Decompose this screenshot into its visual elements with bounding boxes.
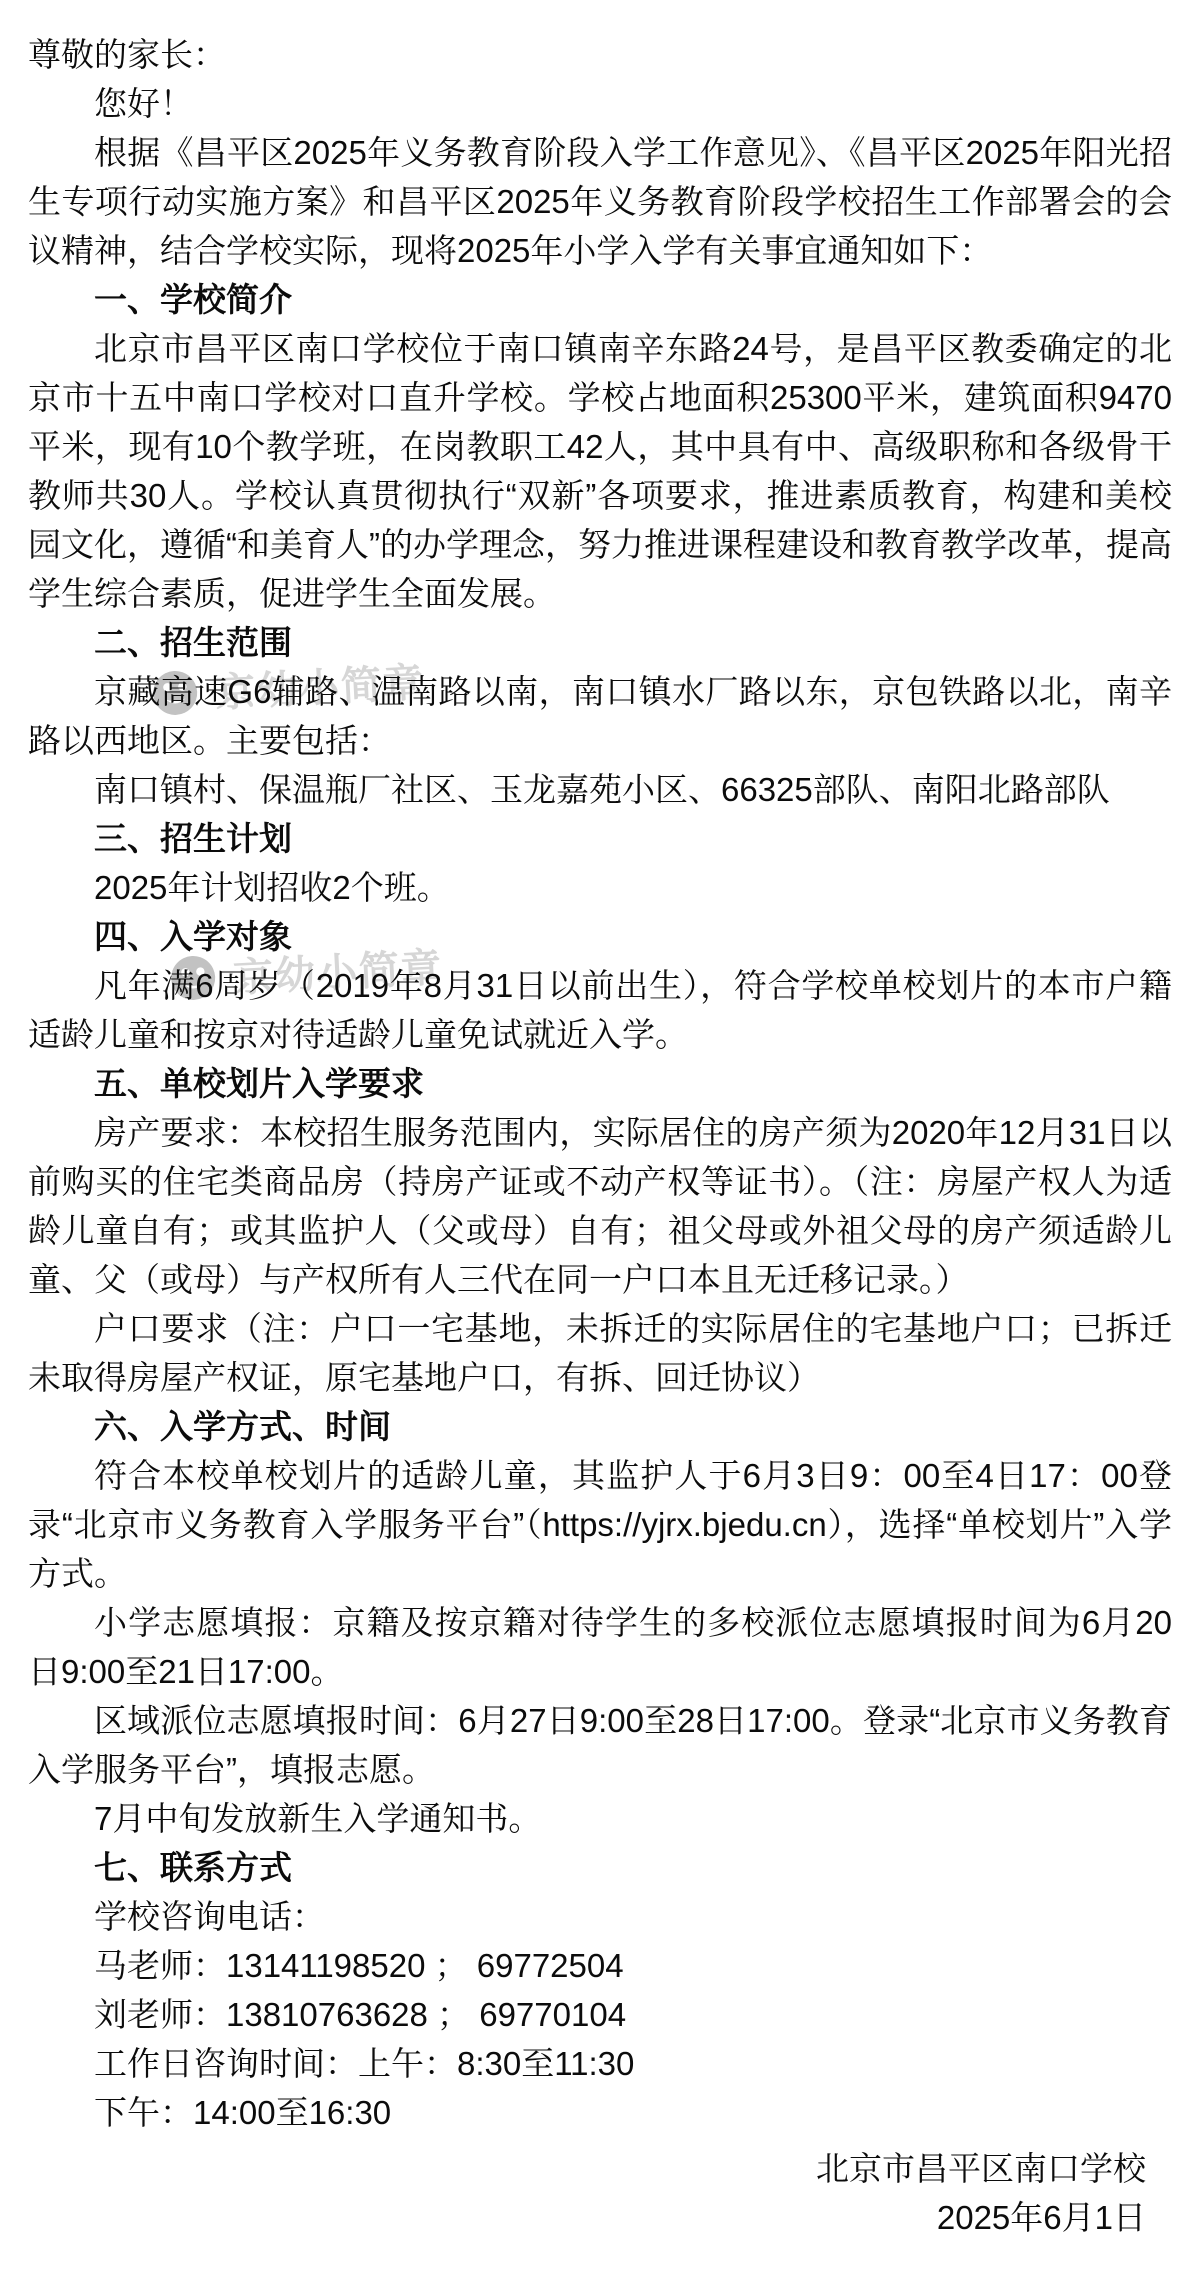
paragraph: 您好！ bbox=[28, 79, 1172, 128]
section-heading: 三、招生计划 bbox=[28, 814, 1172, 863]
section-heading: 六、入学方式、时间 bbox=[28, 1402, 1172, 1451]
paragraph: 户口要求（注：户口一宅基地，未拆迁的实际居住的宅基地户口；已拆迁未取得房屋产权证… bbox=[28, 1304, 1172, 1402]
paragraph: 符合本校单校划片的适龄儿童，其监护人于6月3日9：00至4日17：00登录“北京… bbox=[28, 1451, 1172, 1598]
paragraph: 工作日咨询时间：上午：8:30至11:30 bbox=[28, 2039, 1172, 2088]
signature-block: 北京市昌平区南口学校 2025年6月1日 bbox=[28, 2144, 1172, 2242]
paragraph: 马老师：13141198520 ； 69772504 bbox=[28, 1941, 1172, 1990]
notice-body: 尊敬的家长：您好！根据《昌平区2025年义务教育阶段入学工作意见》、《昌平区20… bbox=[28, 30, 1172, 2242]
section-heading: 七、联系方式 bbox=[28, 1843, 1172, 1892]
paragraph: 小学志愿填报：京籍及按京籍对待学生的多校派位志愿填报时间为6月20日9:00至2… bbox=[28, 1598, 1172, 1696]
paragraph: 房产要求：本校招生服务范围内，实际居住的房产须为2020年12月31日以前购买的… bbox=[28, 1108, 1172, 1304]
paragraph: 凡年满6周岁（2019年8月31日以前出生），符合学校单校划片的本市户籍适龄儿童… bbox=[28, 961, 1172, 1059]
paragraph: 下午：14:00至16:30 bbox=[28, 2088, 1172, 2137]
section-heading: 五、单校划片入学要求 bbox=[28, 1059, 1172, 1108]
paragraph: 区域派位志愿填报时间：6月27日9:00至28日17:00。登录“北京市义务教育… bbox=[28, 1696, 1172, 1794]
section-heading: 一、学校简介 bbox=[28, 275, 1172, 324]
signature-date: 2025年6月1日 bbox=[28, 2193, 1172, 2242]
paragraph: 学校咨询电话： bbox=[28, 1892, 1172, 1941]
paragraph: 北京市昌平区南口学校位于南口镇南辛东路24号，是昌平区教委确定的北京市十五中南口… bbox=[28, 324, 1172, 618]
paragraph: 2025年计划招收2个班。 bbox=[28, 863, 1172, 912]
paragraph: 京藏高速G6辅路、温南路以南，南口镇水厂路以东，京包铁路以北，南辛路以西地区。主… bbox=[28, 667, 1172, 765]
paragraph: 7月中旬发放新生入学通知书。 bbox=[28, 1794, 1172, 1843]
paragraph: 南口镇村、保温瓶厂社区、玉龙嘉苑小区、66325部队、南阳北路部队 bbox=[28, 765, 1172, 814]
notice-document: 京幼小简章 京幼小简章 尊敬的家长：您好！根据《昌平区2025年义务教育阶段入学… bbox=[0, 0, 1200, 2292]
section-heading: 二、招生范围 bbox=[28, 618, 1172, 667]
signature-school: 北京市昌平区南口学校 bbox=[28, 2144, 1172, 2193]
paragraph: 尊敬的家长： bbox=[28, 30, 1172, 79]
paragraph-list: 尊敬的家长：您好！根据《昌平区2025年义务教育阶段入学工作意见》、《昌平区20… bbox=[28, 30, 1172, 2137]
paragraph: 刘老师：13810763628 ； 69770104 bbox=[28, 1990, 1172, 2039]
section-heading: 四、入学对象 bbox=[28, 912, 1172, 961]
paragraph: 根据《昌平区2025年义务教育阶段入学工作意见》、《昌平区2025年阳光招生专项… bbox=[28, 128, 1172, 275]
